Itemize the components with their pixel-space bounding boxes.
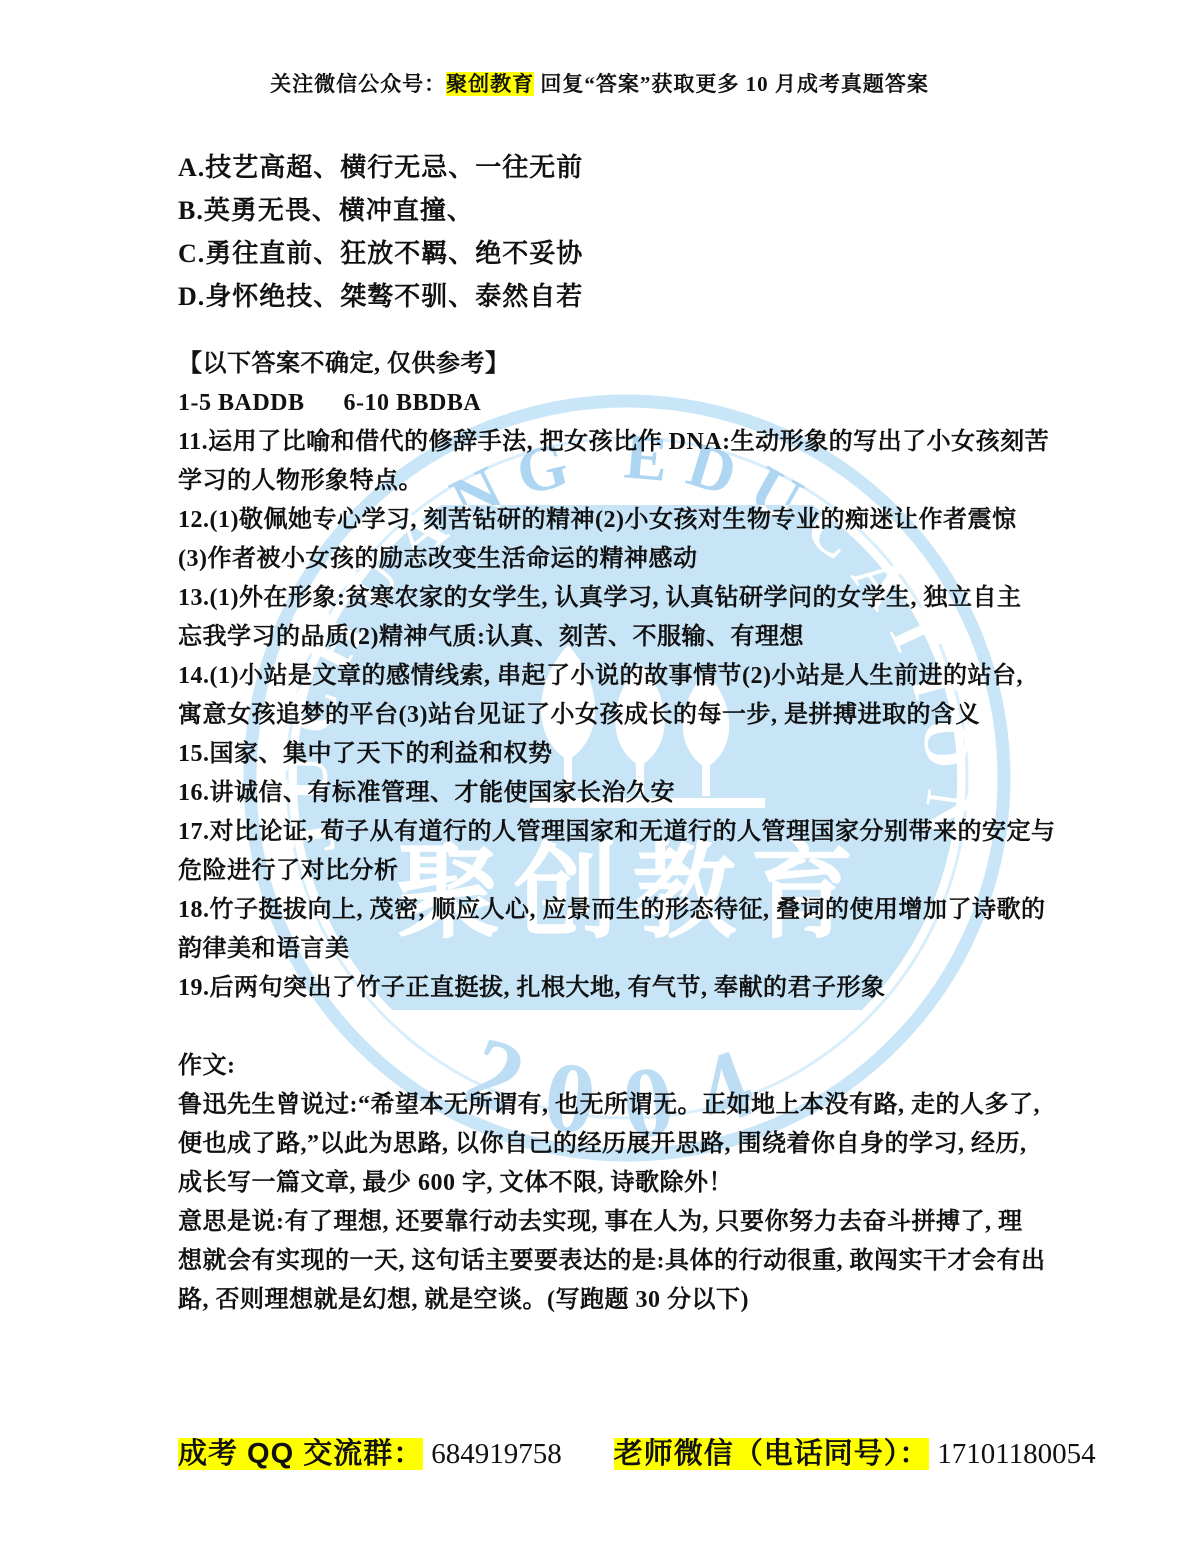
answer-line: 13.(1)外在形象:贫寒农家的女学生, 认真学习, 认真钻研学问的女学生, 独… (178, 579, 1028, 618)
essay-line: 便也成了路,”以此为思路, 以你自己的经历展开思路, 围绕着你自身的学习, 经历… (178, 1125, 1028, 1164)
header-highlight: 聚创教育 (446, 72, 534, 96)
option-c: C.勇往直前、狂放不羁、绝不妥协 (178, 232, 1038, 275)
answer-line: 危险进行了对比分析 (178, 852, 1028, 891)
option-d: D.身怀绝技、桀骜不驯、泰然自若 (178, 275, 1038, 318)
qq-group-number: 684919758 (423, 1438, 562, 1470)
options-block: A.技艺高超、横行无忌、一往无前 B.英勇无畏、横冲直撞、 C.勇往直前、狂放不… (178, 146, 1038, 318)
answer-line: 11.运用了比喻和借代的修辞手法, 把女孩比作 DNA:生动形象的写出了小女孩刻… (178, 423, 1028, 462)
answer-line: 12.(1)敬佩她专心学习, 刻苦钻研的精神(2)小女孩对生物专业的痴迷让作者震… (178, 501, 1028, 540)
wechat-label: 老师微信（电话同号）： (614, 1438, 930, 1470)
answer-line: 学习的人物形象特点。 (178, 462, 1028, 501)
essay-line: 意思是说:有了理想, 还要靠行动去实现, 事在人为, 只要你努力去奋斗拼搏了, … (178, 1203, 1028, 1242)
document-page: JUCHUANG EDUCATION JUCHUANG EDUCATION 聚创… (0, 0, 1199, 1551)
answer-line: 忘我学习的品质(2)精神气质:认真、刻苦、不服输、有理想 (178, 618, 1028, 657)
note-line: 【以下答案不确定, 仅供参考】 (178, 345, 1028, 384)
option-b: B.英勇无畏、横冲直撞、 (178, 189, 1038, 232)
qq-group-label: 成考 QQ 交流群： (178, 1438, 423, 1470)
answer-line: 17.对比论证, 荀子从有道行的人管理国家和无道行的人管理国家分别带来的安定与 (178, 813, 1028, 852)
answer-line: 18.竹子挺拔向上, 茂密, 顺应人心, 应景而生的形态待征, 叠词的使用增加了… (178, 891, 1028, 930)
option-a: A.技艺高超、横行无忌、一往无前 (178, 146, 1038, 189)
header-suffix: 回复“答案”获取更多 10 月成考真题答案 (534, 72, 929, 96)
answer-line: 19.后两句突出了竹子正直挺拔, 扎根大地, 有气节, 奉献的君子形象 (178, 969, 1028, 1008)
page-header-notice: 关注微信公众号：聚创教育 回复“答案”获取更多 10 月成考真题答案 (0, 68, 1199, 98)
answers-block: 【以下答案不确定, 仅供参考】 1-5 BADDB 6-10 BBDBA 11.… (178, 345, 1028, 1320)
answer-line: (3)作者被小女孩的励志改变生活命运的精神感动 (178, 540, 1028, 579)
wechat-number: 17101180054 (929, 1438, 1095, 1470)
answer-key-line: 1-5 BADDB 6-10 BBDBA (178, 384, 1028, 423)
essay-title: 作文: (178, 1047, 1028, 1086)
answer-line: 韵律美和语言美 (178, 930, 1028, 969)
essay-line: 想就会有实现的一天, 这句话主要要表达的是:具体的行动很重, 敢闯实干才会有出 (178, 1242, 1028, 1281)
page-footer: 成考 QQ 交流群：684919758老师微信（电话同号）：1710118005… (178, 1432, 1138, 1476)
answer-line: 15.国家、集中了天下的利益和权势 (178, 735, 1028, 774)
header-prefix: 关注微信公众号： (270, 72, 446, 96)
essay-line: 路, 否则理想就是幻想, 就是空谈。(写跑题 30 分以下) (178, 1281, 1028, 1320)
answer-line: 寓意女孩追梦的平台(3)站台见证了小女孩成长的每一步, 是拼搏进取的含义 (178, 696, 1028, 735)
essay-line: 鲁迅先生曾说过:“希望本无所谓有, 也无所谓无。正如地上本没有路, 走的人多了, (178, 1086, 1028, 1125)
answer-line: 14.(1)小站是文章的感情线索, 串起了小说的故事情节(2)小站是人生前进的站… (178, 657, 1028, 696)
content-layer: 关注微信公众号：聚创教育 回复“答案”获取更多 10 月成考真题答案 A.技艺高… (0, 0, 1199, 1551)
answer-line: 16.讲诚信、有标准管理、才能使国家长治久安 (178, 774, 1028, 813)
essay-line: 成长写一篇文章, 最少 600 字, 文体不限, 诗歌除外！ (178, 1164, 1028, 1203)
blank-line (178, 1008, 1028, 1047)
